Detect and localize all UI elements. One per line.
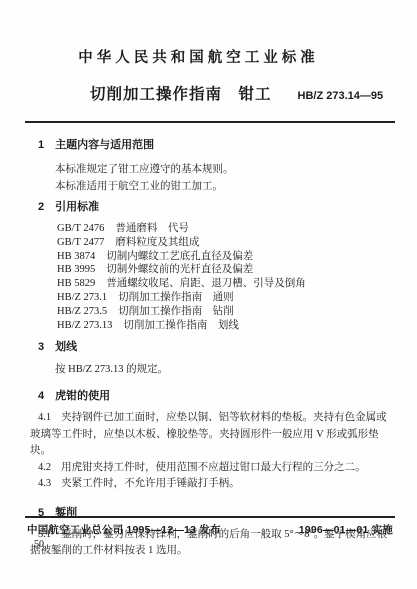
clause-text: 夹持钢件已加工面时，应垫以铜、铝等软材料的垫板。夹持有色金属或玻璃等工件时，应垫… <box>30 412 387 456</box>
reference-code: HB/Z 273.5 <box>57 306 107 317</box>
section-1-heading: 1主题内容与适用范围 <box>38 138 393 152</box>
document-subtitle: 切削加工操作指南 钳工 <box>90 82 272 104</box>
clause-text: 用虎钳夹持工件时，使用范围不应超过钳口最大行程的三分之二。 <box>61 462 366 473</box>
reference-code: HB/Z 273.13 <box>57 320 112 331</box>
clause-number: 4.1 <box>38 412 51 423</box>
reference-code: GB/T 2476 <box>57 223 104 234</box>
section-3-title: 划线 <box>55 341 77 353</box>
clause-text: 夹紧工件时，不允许用手锤敲打手柄。 <box>61 478 240 489</box>
reference-title: 磨料粒度及其组成 <box>115 237 199 248</box>
reference-title: 普通螺纹收尾、肩距、退刀槽、引导及倒角 <box>106 278 306 289</box>
reference-list: GB/T 2476普通磨料 代号 GB/T 2477磨料粒度及其组成 HB 38… <box>57 222 393 332</box>
header-divider <box>25 121 395 123</box>
document-body: 1主题内容与适用范围 本标准规定了钳工应遵守的基本规则。 本标准适用于航空工业的… <box>30 138 393 560</box>
section-4-number: 4 <box>38 390 44 402</box>
reference-item: GB/T 2476普通磨料 代号 <box>57 222 393 236</box>
reference-code: HB 3874 <box>57 251 95 262</box>
reference-title: 切制外螺纹前的光杆直径及偏差 <box>106 264 253 275</box>
subtitle-row: 切削加工操作指南 钳工 HB/Z 273.14—95 <box>30 82 393 104</box>
reference-title: 切削加工操作指南 划线 <box>123 320 239 331</box>
reference-title: 普通磨料 代号 <box>115 223 189 234</box>
implementation-statement: 1996—01—01 实施 <box>299 522 393 537</box>
section-3-number: 3 <box>38 341 44 353</box>
reference-item: HB 3995切制外螺纹前的光杆直径及偏差 <box>57 263 393 277</box>
reference-title: 切削加工操作指南 通则 <box>118 292 234 303</box>
clause-4-2: 4.2用虎钳夹持工件时，使用范围不应超过钳口最大行程的三分之二。 <box>30 460 393 477</box>
section-1-title: 主题内容与适用范围 <box>55 139 154 151</box>
reference-code: GB/T 2477 <box>57 237 104 248</box>
standard-number: HB/Z 273.14—95 <box>298 90 384 102</box>
reference-title: 切削加工操作指南 钻削 <box>118 306 234 317</box>
reference-code: HB/Z 273.1 <box>57 292 107 303</box>
clause-4-3: 4.3夹紧工件时，不允许用手锤敲打手柄。 <box>30 476 393 493</box>
section-2-heading: 2引用标准 <box>38 200 393 214</box>
section-1-paragraph: 本标准规定了钳工应遵守的基本规则。 <box>55 161 393 178</box>
section-3-heading: 3划线 <box>38 340 393 354</box>
page-title: 中华人民共和国航空工业标准 <box>30 46 393 67</box>
clause-number: 4.2 <box>38 462 51 473</box>
section-2-number: 2 <box>38 201 44 213</box>
reference-item: HB 5829普通螺纹收尾、肩距、退刀槽、引导及倒角 <box>57 277 393 291</box>
section-4-heading: 4虎钳的使用 <box>38 389 393 403</box>
section-1-paragraph: 本标准适用于航空工业的钳工加工。 <box>55 178 393 195</box>
standard-document-page: 中华人民共和国航空工业标准 切削加工操作指南 钳工 HB/Z 273.14—95… <box>0 0 417 589</box>
clause-number: 4.3 <box>38 478 51 489</box>
section-1-number: 1 <box>38 139 44 151</box>
reference-code: HB 3995 <box>57 264 95 275</box>
clause-4-1: 4.1夹持钢件已加工面时，应垫以铜、铝等软材料的垫板。夹持有色金属或玻璃等工件时… <box>30 410 393 460</box>
footer: 中国航空工业总公司 1995—12—13 发布 1996—01—01 实施 <box>27 522 393 537</box>
release-statement: 中国航空工业总公司 1995—12—13 发布 <box>27 522 221 537</box>
page-number: 50 <box>34 539 44 550</box>
section-2-title: 引用标准 <box>55 201 99 213</box>
section-4-title: 虎钳的使用 <box>55 390 110 402</box>
reference-code: HB 5829 <box>57 278 95 289</box>
reference-item: HB/Z 273.13切削加工操作指南 划线 <box>57 319 393 333</box>
reference-item: HB 3874切制内螺纹工艺底孔直径及偏差 <box>57 250 393 264</box>
footer-divider <box>25 516 395 518</box>
reference-item: GB/T 2477磨料粒度及其组成 <box>57 236 393 250</box>
section-3-paragraph: 按 HB/Z 273.13 的规定。 <box>55 361 393 378</box>
reference-item: HB/Z 273.1切削加工操作指南 通则 <box>57 291 393 305</box>
reference-item: HB/Z 273.5切削加工操作指南 钻削 <box>57 305 393 319</box>
reference-title: 切制内螺纹工艺底孔直径及偏差 <box>106 251 253 262</box>
